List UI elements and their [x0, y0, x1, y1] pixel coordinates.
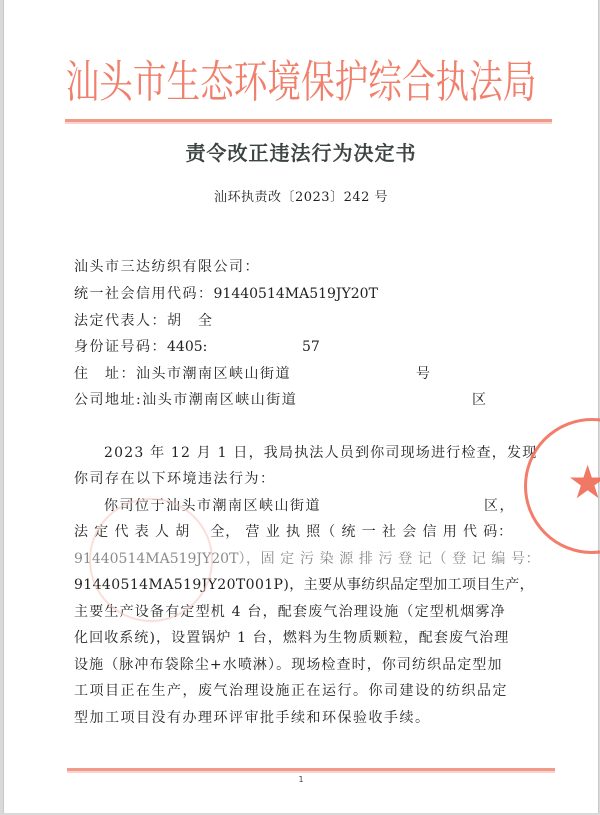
paragraph-2-line-6: 化回收系统)，设置锅炉 1 台，燃料为生物质颗粒，配套废气治理 — [74, 628, 509, 648]
organization-header: 汕头市生态环境保护综合执法局 — [57, 56, 544, 108]
id-label: 身份证号码： — [74, 339, 167, 355]
page-number: 1 — [4, 775, 598, 784]
residence-value: 汕头市潮南区峡山街道 — [136, 366, 291, 382]
document-title: 责令改正违法行为决定书 — [4, 137, 598, 166]
paragraph-2-line-7: 设施（脉冲布袋除尘+水喷淋）。现场检查时，你司纺织品定型加 — [74, 655, 503, 675]
id-suffix: 57 — [302, 337, 320, 357]
company-address-value: 汕头市潮南区峡山街道 — [142, 392, 297, 408]
footer-red-rule — [67, 768, 555, 771]
credit-code-line: 统一社会信用代码：91440514MA519JY20T — [74, 284, 378, 304]
residence-suffix: 号 — [416, 364, 432, 384]
faint-seal-stamp — [89, 498, 213, 622]
paragraph-1-line-1: 2023 年 12 月 1 日，我局执法人员到你司现场进行检查，发现 — [104, 443, 537, 463]
company-address-suffix: 区 — [472, 390, 488, 410]
residence-line: 住 址：汕头市潮南区峡山街道 — [74, 364, 291, 384]
company-address-line: 公司地址:汕头市潮南区峡山街道 — [74, 390, 297, 410]
header-red-rule — [65, 119, 552, 122]
id-prefix: 4405: — [167, 339, 207, 355]
paragraph-2-line-1b: 区， — [484, 496, 515, 516]
star-icon: ★ — [567, 459, 600, 505]
id-number-line: 身份证号码：4405: — [74, 337, 207, 357]
legal-rep-value: 胡 全 — [167, 313, 214, 329]
company-address-label: 公司地址: — [74, 392, 142, 408]
paragraph-2-line-8: 工项目正在生产，废气治理设施正在运行。你司建设的纺织品定 — [74, 681, 508, 701]
credit-code-value: 91440514MA519JY20T — [214, 286, 378, 302]
registration-ref: ），固 定 污 染 源 排 污 登 记（ 登 记 编 号： — [238, 551, 540, 567]
document-number: 汕环执责改〔2023〕242 号 — [4, 186, 598, 205]
legal-rep-line: 法定代表人：胡 全 — [74, 311, 214, 331]
recipient-company: 汕头市三达纺织有限公司： — [74, 257, 260, 277]
paragraph-2-line-9: 型加工项目没有办理环评审批手续和环保验收手续。 — [74, 708, 431, 728]
credit-code-label: 统一社会信用代码： — [74, 286, 214, 302]
legal-rep-label: 法定代表人： — [74, 313, 167, 329]
document-page: 汕头市生态环境保护综合执法局 责令改正违法行为决定书 汕环执责改〔2023〕24… — [3, 0, 599, 813]
residence-label: 住 址： — [74, 366, 136, 382]
official-seal-stamp: ★ — [524, 418, 600, 554]
paragraph-1-line-2: 你司存在以下环境违法行为： — [74, 469, 276, 489]
